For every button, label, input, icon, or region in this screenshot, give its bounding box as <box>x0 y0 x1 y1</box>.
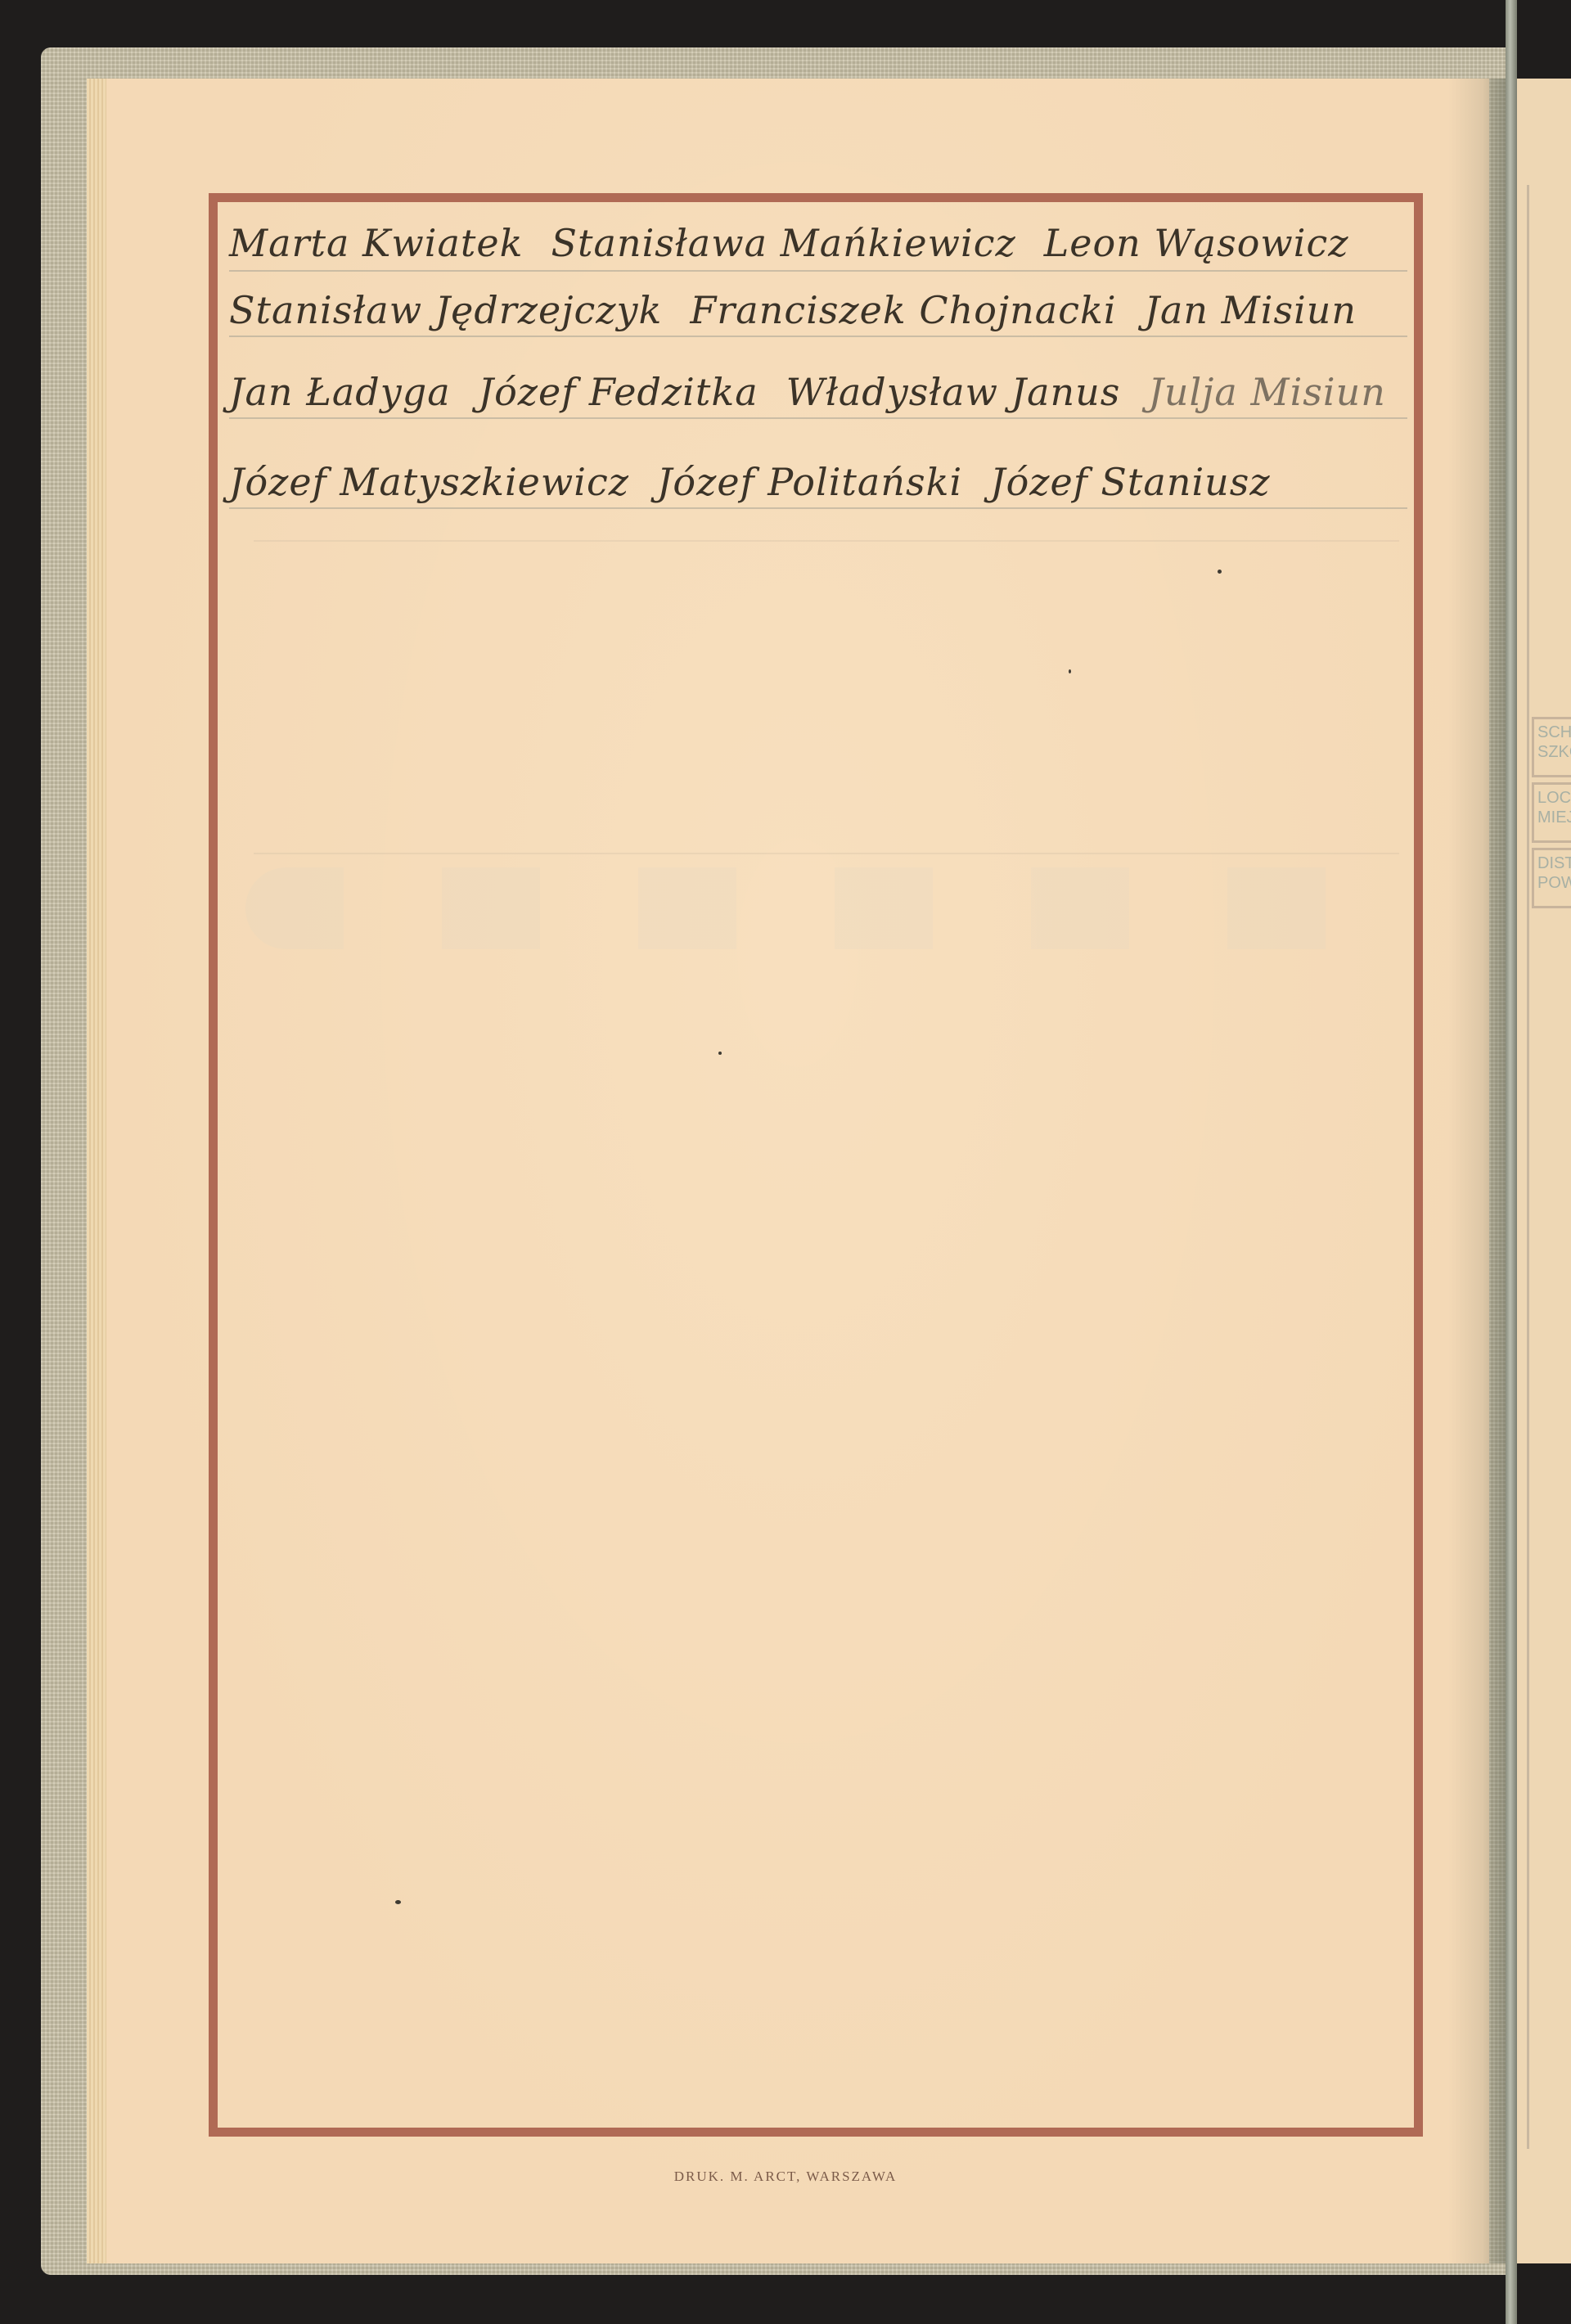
ruled-line <box>229 270 1407 272</box>
signature-row-1: Marta Kwiatek Stanisława Mańkiewicz Leon… <box>229 221 1407 265</box>
signature: Franciszek Chojnacki <box>690 288 1116 332</box>
signature: Jan Misiun <box>1145 288 1357 332</box>
signature: Józef Staniusz <box>990 460 1270 504</box>
signature-row-3: Jan Ładyga Józef Fedzitka Władysław Janu… <box>229 370 1407 414</box>
signature-row-2: Stanisław Jędrzejczyk Franciszek Chojnac… <box>229 288 1407 332</box>
gutter-shadow <box>1448 79 1506 2263</box>
ink-speck <box>1069 669 1071 673</box>
adjacent-label: DISTRI POWIA <box>1532 848 1571 908</box>
adjacent-page-frame <box>1527 185 1571 2149</box>
signature: Julja Misiun <box>1148 370 1385 414</box>
ink-speck <box>718 1052 722 1055</box>
adjacent-label: SCHOO SZKOŁ <box>1532 717 1571 777</box>
printer-imprint: DRUK. M. ARCT, WARSZAWA <box>0 2169 1571 2185</box>
adjacent-page-edge: SCHOO SZKOŁ LOCAL MIEJSC DISTRI POWIA <box>1517 79 1571 2263</box>
ruled-line <box>229 507 1407 509</box>
signature: Józef Politański <box>657 460 962 504</box>
signature: Marta Kwiatek <box>229 221 524 265</box>
signature: Stanisław Jędrzejczyk <box>229 288 662 332</box>
signature-row-4: Józef Matyszkiewicz Józef Politański Józ… <box>229 460 1407 504</box>
ruled-line <box>229 417 1407 419</box>
signature: Leon Wąsowicz <box>1044 221 1349 265</box>
ink-speck <box>1218 570 1222 574</box>
signature: Jan Ładyga <box>229 370 451 414</box>
signature: Józef Fedzitka <box>479 370 758 414</box>
signature: Józef Matyszkiewicz <box>229 460 629 504</box>
signature: Władysław Janus <box>786 370 1121 414</box>
ink-speck <box>395 1900 401 1904</box>
adjacent-label: LOCAL MIEJSC <box>1532 782 1571 843</box>
ruled-line <box>229 336 1407 337</box>
signature: Stanisława Mańkiewicz <box>551 221 1016 265</box>
binding-spine <box>1506 0 1517 2324</box>
